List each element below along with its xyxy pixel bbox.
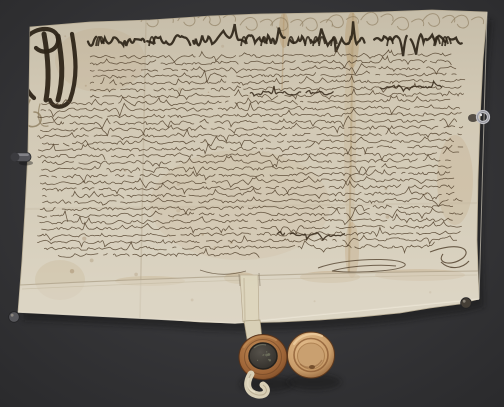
pin-bottom-right: [461, 298, 472, 309]
charter-photograph: [0, 0, 504, 407]
photo-scene: [0, 0, 504, 407]
seal-capsule: [239, 335, 287, 380]
pin-bottom-left: [9, 312, 20, 323]
seal-tag-upper: [240, 275, 259, 322]
capsule-lid: [288, 332, 335, 378]
